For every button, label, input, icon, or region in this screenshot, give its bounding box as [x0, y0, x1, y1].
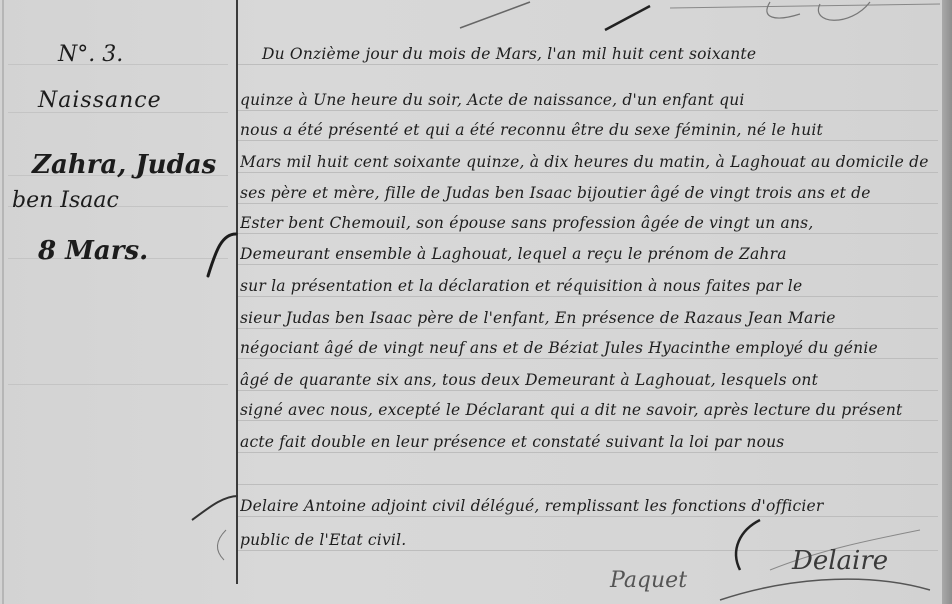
body-line: ses père et mère, fille de Judas ben Isa… [240, 183, 940, 203]
previous-record-marks [380, 0, 940, 32]
body-line: sur la présentation et la déclaration et… [240, 276, 940, 296]
officer-signature: Delaire [792, 546, 888, 576]
margin-flourish [188, 220, 240, 290]
ruled-line [238, 420, 938, 421]
child-and-father-name: Zahra, Judas [32, 150, 216, 180]
body-line: Du Onzième jour du mois de Mars, l'an mi… [240, 44, 940, 64]
ruled-line [238, 358, 938, 359]
ruled-line [238, 64, 938, 65]
body-line: acte fait double en leur présence et con… [240, 432, 940, 452]
body-line: sieur Judas ben Isaac père de l'enfant, … [240, 308, 940, 328]
ruled-line [238, 484, 938, 485]
record-type: Naissance [38, 88, 162, 113]
ruled-line [238, 296, 938, 297]
ruled-line [238, 140, 938, 141]
margin-flourish [186, 490, 240, 570]
page-left-edge [2, 0, 4, 604]
ruled-line [238, 452, 938, 453]
margin-ruled-line [8, 384, 228, 385]
ruled-line [238, 390, 938, 391]
ruled-line [238, 264, 938, 265]
body-line: Ester bent Chemouil, son épouse sans pro… [240, 213, 940, 233]
ruled-line [238, 328, 938, 329]
record-number: N°. 3. [58, 42, 123, 67]
body-line: nous a été présenté et qui a été reconnu… [240, 120, 940, 140]
body-line: quinze à Une heure du soir, Acte de nais… [240, 90, 940, 110]
ruled-line [238, 172, 938, 173]
ruled-line [238, 203, 938, 204]
body-line: Mars mil huit cent soixante quinze, à di… [240, 152, 940, 172]
father-patronym: ben Isaac [12, 188, 119, 213]
body-line: âgé de quarante six ans, tous deux Demeu… [240, 370, 940, 390]
body-line: Demeurant ensemble à Laghouat, lequel a … [240, 244, 940, 264]
page-right-edge-binding [942, 0, 952, 604]
body-line: négociant âgé de vingt neuf ans et de Bé… [240, 338, 940, 358]
ruled-line [238, 110, 938, 111]
ruled-line [238, 233, 938, 234]
birth-date: 8 Mars. [38, 236, 148, 266]
scanned-register-page: N°. 3. Naissance Zahra, Judas ben Isaac … [0, 0, 952, 604]
witness-signature: Paquet [610, 568, 687, 593]
body-line: signé avec nous, excepté le Déclarant qu… [240, 400, 940, 420]
